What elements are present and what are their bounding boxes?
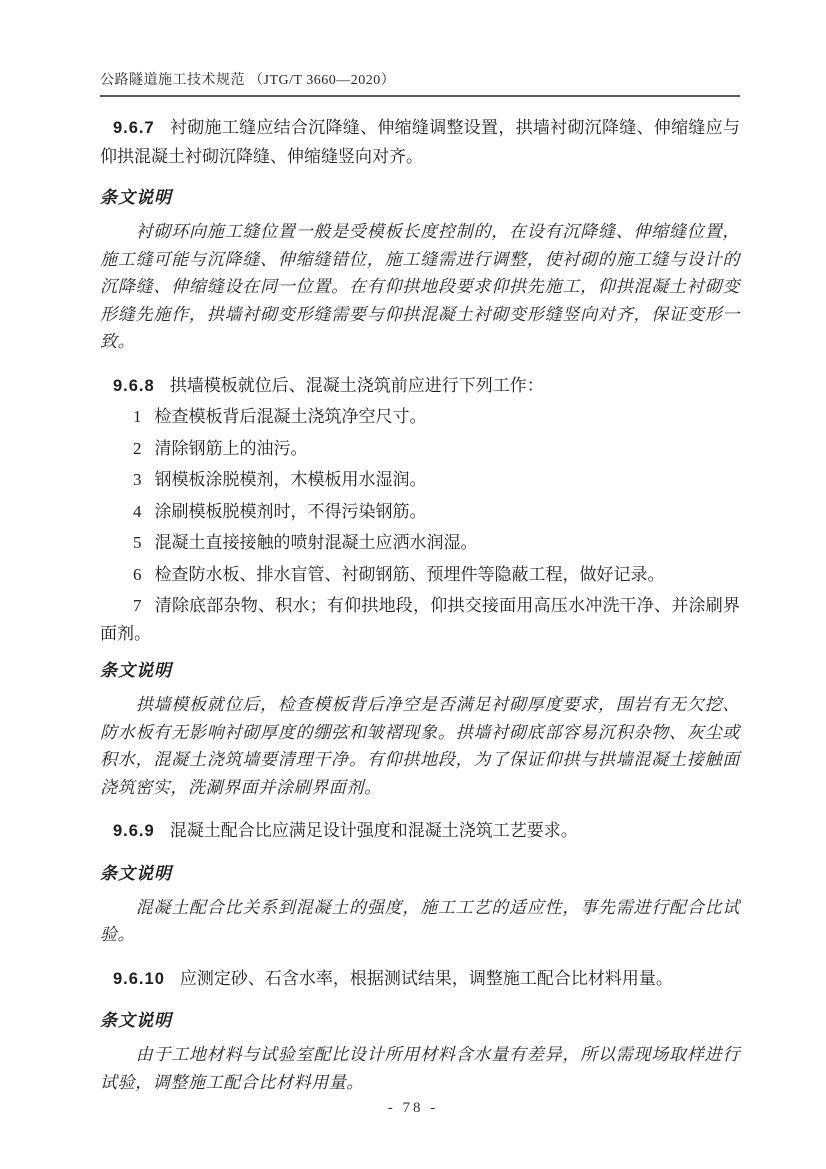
commentary-paragraph-3: 混凝土配合比关系到混凝土的强度，施工工艺的适应性，事先需进行配合比试验。 — [100, 894, 740, 949]
clause-number: 9.6.9 — [113, 822, 155, 840]
clause-9-6-9: 9.6.9混凝土配合比应满足设计强度和混凝土浇筑工艺要求。 — [100, 817, 740, 846]
list-item: 2清除钢筋上的油污。 — [100, 435, 740, 463]
item-text: 混凝土直接接触的喷射混凝土应洒水润湿。 — [155, 533, 478, 552]
clause-text: 混凝土配合比应满足设计强度和混凝土浇筑工艺要求。 — [170, 821, 578, 840]
item-number: 4 — [133, 502, 142, 521]
list-item: 4涂刷模板脱模剂时，不得污染钢筋。 — [100, 498, 740, 526]
clause-9-6-8-items: 1检查模板背后混凝土浇筑净空尺寸。 2清除钢筋上的油污。 3钢模板涂脱模剂，木模… — [100, 403, 740, 647]
commentary-heading-4: 条文说明 — [100, 1009, 740, 1033]
commentary-heading-2: 条文说明 — [100, 659, 740, 683]
clause-text: 应测定砂、石含水率，根据测试结果，调整施工配合比材料用量。 — [180, 969, 673, 988]
clause-number: 9.6.10 — [113, 970, 165, 988]
item-number: 7 — [133, 596, 142, 615]
list-item: 1检查模板背后混凝土浇筑净空尺寸。 — [100, 403, 740, 431]
item-number: 2 — [133, 439, 142, 458]
header-title: 公路隧道施工技术规范 （JTG/T 3660—2020） — [100, 73, 395, 88]
page-number: - 78 - — [0, 1099, 826, 1117]
commentary-paragraph-2: 拱墙模板就位后，检查模板背后净空是否满足衬砌厚度要求，围岩有无欠挖、防水板有无影… — [100, 691, 740, 801]
item-text: 涂刷模板脱模剂时，不得污染钢筋。 — [155, 502, 427, 521]
clause-number: 9.6.7 — [113, 119, 155, 137]
document-page: 公路隧道施工技术规范 （JTG/T 3660—2020） 9.6.7衬砌施工缝应… — [0, 0, 826, 1169]
list-item: 3钢模板涂脱模剂，木模板用水湿润。 — [100, 466, 740, 494]
clause-9-6-8: 9.6.8拱墙模板就位后、混凝土浇筑前应进行下列工作： — [100, 372, 740, 401]
list-item: 5混凝土直接接触的喷射混凝土应洒水润湿。 — [100, 529, 740, 557]
running-header: 公路隧道施工技术规范 （JTG/T 3660—2020） — [100, 72, 740, 97]
item-number: 1 — [133, 407, 142, 426]
item-text: 检查模板背后混凝土浇筑净空尺寸。 — [155, 407, 427, 426]
clause-9-6-7: 9.6.7衬砌施工缝应结合沉降缝、伸缩缝调整设置，拱墙衬砌沉降缝、伸缩缝应与仰拱… — [100, 114, 740, 170]
clause-text: 衬砌施工缝应结合沉降缝、伸缩缝调整设置，拱墙衬砌沉降缝、伸缩缝应与仰拱混凝土衬砌… — [100, 118, 740, 166]
list-item: 6检查防水板、排水盲管、衬砌钢筋、预埋件等隐蔽工程，做好记录。 — [100, 561, 740, 589]
item-text: 清除底部杂物、积水；有仰拱地段，仰拱交接面用高压水冲洗干净、并涂刷界面剂。 — [100, 596, 740, 643]
commentary-paragraph-1: 衬砌环向施工缝位置一般是受模板长度控制的，在设有沉降缝、伸缩缝位置，施工缝可能与… — [100, 218, 740, 356]
commentary-heading-3: 条文说明 — [100, 862, 740, 886]
clause-9-6-10: 9.6.10应测定砂、石含水率，根据测试结果，调整施工配合比材料用量。 — [100, 965, 740, 994]
commentary-paragraph-4: 由于工地材料与试验室配比设计所用材料含水量有差异，所以需现场取样进行试验，调整施… — [100, 1041, 740, 1096]
item-text: 清除钢筋上的油污。 — [155, 439, 308, 458]
list-item: 7清除底部杂物、积水；有仰拱地段，仰拱交接面用高压水冲洗干净、并涂刷界面剂。 — [100, 592, 740, 647]
clause-text: 拱墙模板就位后、混凝土浇筑前应进行下列工作： — [170, 376, 544, 395]
item-number: 6 — [133, 565, 142, 584]
clause-number: 9.6.8 — [113, 377, 155, 395]
item-number: 3 — [133, 470, 142, 489]
commentary-heading-1: 条文说明 — [100, 186, 740, 210]
item-text: 钢模板涂脱模剂，木模板用水湿润。 — [155, 470, 427, 489]
item-number: 5 — [133, 533, 142, 552]
item-text: 检查防水板、排水盲管、衬砌钢筋、预埋件等隐蔽工程，做好记录。 — [155, 565, 665, 584]
